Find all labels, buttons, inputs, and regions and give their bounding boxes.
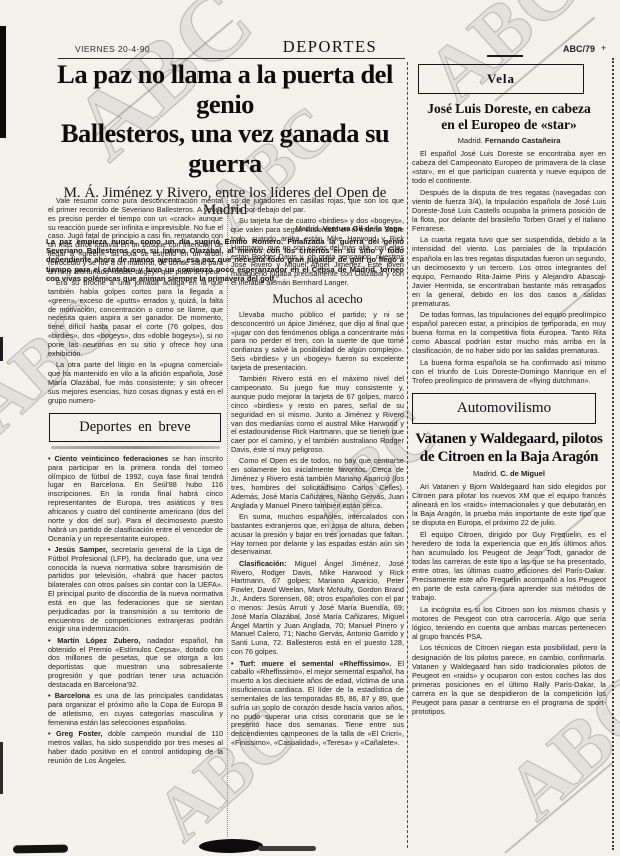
brief-item: • Jesús Samper, secretario general de la… (48, 546, 223, 634)
vela-headline-line1: José Luis Doreste, en cabeza (412, 101, 606, 117)
brief-lead: • Greg Foster, (48, 729, 102, 738)
article-paragraph: En suma, muchos españoles, intercalados … (231, 513, 404, 557)
corner-mark: + (601, 43, 606, 53)
auto-headline: Vatanen y Waldegaard, pilotos de Citroen… (412, 431, 606, 466)
scan-edge-mark (0, 742, 3, 794)
scan-smudge (13, 845, 68, 854)
page-folio: ABC/79 (505, 44, 595, 54)
briefs-box-title: Deportes en breve (49, 413, 221, 442)
brief-item: • Martín López Zubero, nadador español, … (48, 637, 223, 690)
article-paragraph: La otra parte del litigio en la «pugna c… (48, 361, 223, 405)
section-title: DEPORTES (220, 37, 440, 57)
main-headline-line1: La paz no llama a la puerta del genio (46, 60, 404, 119)
header-rule-right (487, 55, 523, 57)
vela-headline: José Luis Doreste, en cabeza en el Europ… (412, 101, 606, 133)
classification-paragraph: Clasificación: Miguel Ángel Jiménez, Jos… (231, 560, 404, 657)
article-paragraph: De todas formas, las tripulaciones del e… (412, 310, 606, 355)
article-paragraph: Llevaba mucho público el partido; y ni s… (231, 311, 404, 373)
auto-box-title: Automovilismo (412, 393, 596, 424)
newspaper-page: { "page": { "date": "VIERNES 20-4-90", "… (0, 0, 620, 856)
article-paragraph: so de jugadores en casillas rojas, que s… (231, 197, 404, 215)
brief-lead: • Ciento veinticinco federaciones (48, 454, 168, 463)
page-edge-dotted-line (612, 58, 614, 850)
article-paragraph: Era su broche a una jornada aciaga en la… (48, 279, 223, 359)
article-paragraph: Los técnicos de Citroen niegan esta posi… (412, 643, 606, 715)
classification-text: Miguel Ángel Jiménez, José Rivero, Rodge… (231, 559, 404, 656)
crosshead: Muchos al acecho (231, 292, 404, 307)
brief-item: • Ciento veinticinco federaciones se han… (48, 455, 223, 543)
byline-author: C. de Miguel (500, 469, 545, 478)
main-headline-line2: Ballesteros, una vez ganada su guerra (46, 119, 404, 178)
scan-smear-line (51, 446, 220, 449)
article-paragraph: Su tarjeta fue de cuatro «birdies» y dos… (231, 217, 404, 288)
main-article-column-2: so de jugadores en casillas rojas, que s… (231, 197, 404, 845)
scan-edge-mark (0, 26, 6, 138)
article-paragraph: La cuarta regata tuvo que ser suspendida… (412, 235, 606, 307)
article-paragraph: Después de la disputa de tres regatas (n… (412, 188, 606, 233)
right-column: Vela José Luis Doreste, en cabeza en el … (412, 62, 606, 718)
turf-brief: • Turf: muere el semental «Rheffissimo».… (231, 660, 404, 748)
column-separator (407, 62, 408, 848)
scan-slash-mark (504, 762, 613, 854)
article-paragraph: También Rivero está en el máximo nivel d… (231, 375, 404, 455)
article-paragraph: Ari Vatanen y Bjorn Waldegaard han sido … (412, 482, 606, 527)
scan-smudge (258, 846, 316, 851)
vela-byline: Madrid.Fernando Castañeira (412, 136, 606, 145)
brief-text: secretario general de la Liga de Fútbol … (48, 545, 223, 634)
brief-item: • Greg Foster, doble campeón mundial de … (48, 730, 223, 765)
brief-text: se han inscrito para participar en la pr… (48, 454, 223, 543)
brief-lead: • Martín López Zubero, (48, 636, 140, 645)
article-paragraph: La buena forma española se ha confirmado… (412, 358, 606, 385)
byline-city: Madrid. (458, 136, 483, 145)
brief-lead: • Jesús Samper, (48, 545, 107, 554)
vela-box-title: Vela (418, 64, 584, 94)
page-date: VIERNES 20-4-90 (75, 44, 150, 54)
column-separator (227, 197, 228, 837)
brief-lead: • Barcelona (48, 691, 90, 700)
auto-byline: Madrid.C. de Miguel (412, 469, 606, 478)
byline-city: Madrid. (473, 469, 498, 478)
classification-lead: Clasificación: (239, 559, 286, 568)
article-paragraph: Como el Open es de todos, no hay que cen… (231, 457, 404, 510)
article-paragraph: La incógnita es si los Citroen son los m… (412, 605, 606, 641)
brief-item: • Barcelona es una de las principales ca… (48, 692, 223, 727)
scan-edge-mark (0, 337, 3, 361)
vela-headline-line2: en el Europeo de «star» (412, 117, 606, 133)
main-article-column-1: Vale resumir como pura desconcentración … (48, 197, 223, 768)
auto-headline-line1: Vatanen y Waldegaard, pilotos (412, 431, 606, 449)
turf-text: El caballo «Rheffissimo», el mejor semen… (231, 659, 404, 748)
auto-headline-line2: de Citroen en la Baja Aragón (412, 449, 606, 467)
article-paragraph: El español José Luis Doreste se encontra… (412, 149, 606, 185)
brief-text: nadador español, ha obtenido el Premio «… (48, 636, 223, 689)
article-paragraph: Vale resumir como pura desconcentración … (48, 197, 223, 277)
main-headline: La paz no llama a la puerta del genio Ba… (46, 60, 404, 178)
turf-lead: • Turf: muere el semental «Rheffissimo». (231, 659, 391, 668)
article-paragraph: El equipo Citroen, dirigido por Guy Freq… (412, 530, 606, 602)
byline-author: Fernando Castañeira (485, 136, 561, 145)
